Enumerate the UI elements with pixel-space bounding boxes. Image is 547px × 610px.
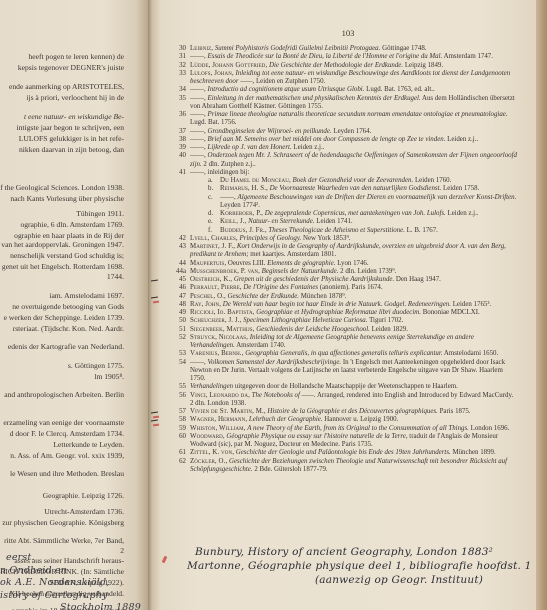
entry-title: Summi Polyhistoris Godefridi Guilelmi Le… (215, 45, 381, 52)
left-page-line: heeft pogen te leren kennen) de (28, 52, 124, 62)
left-handwriting-line: istory of Cartography (0, 590, 141, 603)
left-page-line: erzameling van eenige der voornaamste (3, 418, 124, 428)
entry-publication: Leiden 1760. (415, 177, 451, 184)
bibliography-entry: 42Lyell, Charles, Principles of Geology.… (173, 235, 518, 243)
right-page: 103 30Leibniz, Summi Polyhistoris Godefr… (160, 0, 536, 610)
left-page-line: ritte Abt. Sämmtliche Werke, 7er Band, (4, 536, 124, 546)
bibliography-subentry: c.——, Algemeene Beschouwingen van de Dri… (190, 194, 518, 211)
entry-title: Geschichte der Geologie und Paläontologi… (236, 449, 451, 456)
bibliography-entry: 56Vinci, Leonardo da, The Notebooks of —… (173, 392, 518, 409)
entry-title: Geschichte der Erdkunde. (228, 293, 300, 300)
entry-author: Struyck, Nicolaas, (190, 334, 248, 341)
entry-title: Grepen uit de geschiedenis der Physische… (234, 276, 394, 283)
entry-title: Géographie Physique ou essay sur l'histo… (226, 433, 407, 440)
entry-title: Geographia Generalis, in qua affectiones… (245, 350, 442, 357)
entry-author: Wagner, Hermann, (190, 416, 247, 423)
entry-publication: Den Haag 1947. (396, 276, 441, 283)
entry-number: 37 (171, 128, 189, 136)
bibliography-entry: 43Martinet, J. F., Kort Onderwijs in de … (173, 243, 518, 260)
entry-publication: inleidingen bij: (208, 169, 250, 176)
subentry-letter: d. (208, 210, 213, 218)
left-page-line: LULOFS gelukkiger is in het refe- (19, 134, 124, 144)
entry-publication: Oeuvres LIII. (228, 260, 266, 267)
bibliography-entry: 58Wagner, Hermann, Lehrbuch der Geograph… (173, 416, 518, 424)
pencil-margin-mark (151, 296, 158, 298)
entry-author: Martinet, J. F., (190, 243, 235, 250)
entry-number: 51 (171, 326, 189, 334)
bibliography-entry: 44Maupertuis, Oeuvres LIII. Elements de … (173, 260, 518, 268)
entry-title: Brief aan M. Semeins over het middel om … (208, 136, 446, 143)
left-page-fragment: heeft pogen te leren kennen) dekepsis te… (0, 0, 148, 610)
entry-number: 59 (171, 425, 189, 433)
left-page-line: ijs à priori, verloochent hij in de (26, 93, 124, 103)
entry-number: 60 (171, 433, 189, 441)
entry-number: 31 (171, 53, 189, 61)
bibliography-subentry: b.Reimarus, H. S., De Voornaamste Waarhe… (190, 185, 518, 193)
entry-publication: 2 dln. Leiden 1739⁹. (340, 268, 396, 275)
entry-title: Volkomen Samenstel der Aardrijksbeschrij… (208, 359, 342, 366)
book-gutter (148, 0, 160, 610)
bibliography-entry: 46Perrault, Pierre, De l'Origine des Fon… (173, 284, 518, 292)
entry-author: ——, (190, 359, 206, 366)
left-page-line: kepsis tegenover DEGNER's juiste (18, 63, 124, 73)
left-page-line: ende aanmerking op ARISTOTELES, (9, 82, 124, 92)
left-handwriting-line: Stockholm 1889 (60, 602, 141, 610)
entry-title: Verhandelingen (190, 383, 233, 390)
entry-number: 40 (171, 152, 189, 160)
entry-number: 43 (171, 243, 189, 251)
entry-number: 44a (171, 268, 189, 276)
left-page-line: zur physischen Geographie. Königsberg (2, 518, 124, 528)
bibliography-entry: 31——, Essais de Theodicée sur la Bonté d… (173, 53, 518, 61)
left-page-line: nenschelijk verstand God schuldig is; (10, 251, 124, 261)
bibliography-entry: 39——, Lijkrede op J. van den Honert. Lei… (173, 144, 518, 152)
entry-author: Oestreich, K., (190, 276, 232, 283)
bibliography-entry: 54——, Volkomen Samenstel der Aardrijksbe… (173, 359, 518, 384)
bibliography-entry: 36——, Primae lineae theologiae naturalis… (173, 111, 518, 128)
bibliography-list: 30Leibniz, Summi Polyhistoris Godefridi … (173, 45, 518, 474)
entry-number: 32 (171, 62, 189, 70)
entry-number: 38 (171, 136, 189, 144)
entry-author: Reimarus, H. S., (220, 185, 268, 192)
entry-author: Scheuchzer, J. J., (190, 317, 241, 324)
entry-publication: Lyon 1746. (337, 260, 368, 267)
entry-author: Varenius, Bernh., (190, 350, 243, 357)
bibliography-entry: 62Zöckler, O., Geschichte der Beziehunge… (173, 458, 518, 475)
bibliography-entry: 50Scheuchzer, J. J., Specimen Lithograph… (173, 317, 518, 325)
entry-publication: Leiden 1765³. (453, 301, 491, 308)
bibliography-entry: 44aMusschenbroek, P. van, Beginsels der … (173, 268, 518, 276)
entry-number: 42 (171, 235, 189, 243)
entry-title: Introductio ad cognitionem atque usum Ut… (208, 86, 365, 93)
entry-title: Lijkrede op J. van den Honert. (208, 144, 292, 151)
entry-author: Riccioli, Io. Baptista, (190, 309, 255, 316)
left-page-line: edenis der Kartografie van Nederland. (8, 342, 124, 352)
entry-number: 56 (171, 392, 189, 400)
entry-publication: München 1899. (452, 449, 495, 456)
left-page-line: 1744. (107, 272, 124, 282)
left-page-line: n. Ass. of Am. Geogr. vol. xxix 1939, (10, 451, 124, 461)
entry-author: ——, (220, 194, 236, 201)
entry-author: Musschenbroek, P. van, (190, 268, 260, 275)
left-page-line: nach Kants Vorlesung über physische (10, 194, 124, 204)
entry-author: Keill, J., (220, 218, 246, 225)
entry-publication: Tiguri 1702. (369, 317, 403, 324)
bibliography-entry: 55Verhandelingen uitgegeven door de Holl… (173, 383, 518, 391)
entry-title: De Wereld van haar begin tot haar Einde … (223, 301, 451, 308)
page-edge (536, 0, 547, 610)
left-page-line: iam. Amstelodami 1697. (49, 291, 124, 301)
entry-publication: Lugd. Bat. 1763, ed. alt.. (366, 86, 435, 93)
entry-title: De Voornaamste Waarheden van den natuurl… (270, 185, 442, 192)
red-margin-mark (153, 300, 159, 303)
entry-publication: met kaartjes. Amsterdam 1801. (250, 251, 336, 258)
left-handwriting-line: n Ondheid en (0, 565, 141, 578)
entry-author: Korreboer, P., (220, 210, 263, 217)
entry-title: Boek der Gezondheid voor de Zeevarenden. (293, 177, 414, 184)
entry-title: Geographiae et Hydrographiae Reformatae … (256, 309, 421, 316)
bibliography-entry: 53Varenius, Bernh., Geographia Generalis… (173, 350, 518, 358)
entry-publication: Leiden 1829. (372, 326, 408, 333)
entry-publication: Leiden z.j.. (448, 210, 479, 217)
bibliography-entry: 52Struyck, Nicolaas, Inleiding tot de Al… (173, 334, 518, 351)
entry-title: Beginsels der Natuurkunde. (262, 268, 339, 275)
entry-author: ——, (190, 152, 206, 159)
entry-number: 53 (171, 350, 189, 358)
bibliography-entry: 59Whiston, William, A new Theory of the … (173, 425, 518, 433)
left-page-line: nikken daarvan in zijn betoog, dan (19, 145, 124, 155)
bibliography-entry: 32Lüdde, Johann Gottfried, Die Geschicht… (173, 62, 518, 70)
left-page-handwritten-note: eerst.n Ondheid enok A.E. Nordenskiöld,i… (0, 552, 141, 610)
entry-publication: Göttingae 1748. (382, 45, 426, 52)
bibliography-entry: 48Ray, John, De Wereld van haar begin to… (173, 301, 518, 309)
entry-author: Woodward, (190, 433, 225, 440)
entry-author: Leibniz, (190, 45, 213, 52)
bibliography-subentry: f.Buddeus, J. Fr., Theses Theologicae de… (190, 227, 518, 235)
entry-author: ——, (190, 86, 206, 93)
entry-author: Buddeus, J. Fr., (220, 227, 267, 234)
bibliography-entry: 41——, inleidingen bij:a.Du Hamel du Monc… (173, 169, 518, 235)
left-page-line: le Wesen und ihre Methoden. Breslau (10, 469, 124, 479)
entry-author: Maupertuis, (190, 260, 226, 267)
entry-number: 30 (171, 45, 189, 53)
entry-title: De l'Origine des Fontaines (243, 284, 318, 291)
left-page-line: lm 1905⁸. (94, 372, 124, 382)
subentry-letter: c. (208, 194, 213, 202)
entry-title: Inleiding tot eene natuur- en wiskundige… (190, 70, 510, 85)
entry-title: Primae lineae theologiae naturalis theor… (208, 111, 508, 118)
entry-number: 50 (171, 317, 189, 325)
left-page-line: e werken der Scheppinge. Leiden 1739. (4, 313, 124, 323)
entry-author: ——, (190, 53, 206, 60)
entry-publication: Paris 1875. (440, 408, 471, 415)
entry-author: Ray, John, (190, 301, 221, 308)
bibliography-subentry: a.Du Hamel du Monceau, Boek der Gezondhe… (190, 177, 518, 185)
left-page-line: t eene natuur- en wiskundige Be- (24, 112, 124, 122)
entry-publication: Leiden en Zutphen 1750. (256, 78, 325, 85)
bibliography-entry: 47Peschel, O., Geschichte der Erdkunde. … (173, 293, 518, 301)
entry-author: Lulofs, Johan, (190, 70, 234, 77)
bibliography-entry: 34——, Introductio ad cognitionem atque u… (173, 86, 518, 94)
entry-title: Geschiedenis der Leidsche Hoogeschool. (256, 326, 370, 333)
entry-publication: Amsterdam 1740. (236, 342, 285, 349)
entry-title: Theses Theologicae de Atheismo et Supers… (268, 227, 405, 234)
entry-number: 52 (171, 334, 189, 342)
left-page-line: Letterkunde te Leyden. (53, 440, 124, 450)
entry-publication: L. B. 1767. (407, 227, 438, 234)
entry-publication: 2 Bde. Gütersloh 1877-79. (254, 466, 327, 473)
bibliography-entry: 45Oestreich, K., Grepen uit de geschiede… (173, 276, 518, 284)
entry-author: ——, (190, 111, 206, 118)
entry-title: Einleitung in der mathematischen und phy… (208, 95, 421, 102)
entry-publication: New York 1853⁹. (303, 235, 351, 242)
bibliography-entry: 37——, Grondbeginselen der Wijnroei- en p… (173, 128, 518, 136)
left-page-line: d door F. le Clercq. Amsterdam 1734. (10, 429, 124, 439)
entry-title: Specimen Lithographiae Helveticae Curios… (243, 317, 367, 324)
entry-number: 62 (171, 458, 189, 466)
entry-number: 55 (171, 383, 189, 391)
subentry-letter: e. (208, 218, 213, 226)
left-page-line: ographie, 6 dln. Amsterdam 1769. (20, 220, 124, 230)
bibliography-entry: 30Leibniz, Summi Polyhistoris Godefridi … (173, 45, 518, 53)
bibliography-entry: 49Riccioli, Io. Baptista, Geographiae et… (173, 309, 518, 317)
entry-number: 49 (171, 309, 189, 317)
left-page-line: Geographie. Leipzig 1726. (43, 491, 124, 501)
entry-title: Natuur- en Sterrekunde. (248, 218, 314, 225)
entry-number: 57 (171, 408, 189, 416)
entry-number: 58 (171, 416, 189, 424)
entry-number: 33 (171, 70, 189, 78)
bibliography-entry: 51Siegenbeek, Matthijs, Geschiedenis der… (173, 326, 518, 334)
bibliography-entry: 60Woodward, Géographie Physique ou essay… (173, 433, 518, 450)
subentry-letter: f. (208, 227, 212, 235)
bibliography-entry: 61Zittel, K. von, Geschichte der Geologi… (173, 449, 518, 457)
handwritten-note-line-1: Bunbury, History of ancient Geography, L… (195, 545, 532, 559)
entry-publication: Bononiae MDCLXI. (423, 309, 480, 316)
entry-title: A new Theory of the Earth, from its Orig… (247, 425, 469, 432)
left-page-line: genet uit het Engelsch. Rotterdam 1698. (2, 262, 124, 272)
bibliography-entry: 40——, Onderzoek tegen Mr. J. Schraseert … (173, 152, 518, 169)
entry-author: Vinci, Leonardo da, (190, 392, 250, 399)
entry-number: 41 (171, 169, 189, 177)
entry-author: Peschel, O., (190, 293, 226, 300)
entry-number: 45 (171, 276, 189, 284)
entry-author: Perrault, Pierre, (190, 284, 242, 291)
left-page-line: and anthropologischen Arbeiten. Berlin (4, 390, 124, 400)
entry-author: ——, (190, 95, 206, 102)
left-handwriting-line: eerst. (6, 552, 141, 565)
left-page-line: s. Göttingen 1775. (68, 361, 124, 371)
bibliography-subentry: d.Korreboer, P., De zegepralende Coperni… (190, 210, 518, 218)
entry-author: ——, (190, 136, 206, 143)
entry-publication: Leyden 1764. (333, 128, 371, 135)
left-page-line: van het aardoppervlak. Groningen 1947. (1, 240, 124, 250)
entry-number: 47 (171, 293, 189, 301)
entry-title: Lehrbuch der Geographie. (249, 416, 323, 423)
entry-title: Die Geschichte der Methodologie der Erdk… (269, 62, 403, 69)
entry-publication: Leipzig 1849. (405, 62, 443, 69)
entry-publication: Hannover u. Leipzig 1900. (324, 416, 398, 423)
entry-number: 39 (171, 144, 189, 152)
entry-title: Principles of Geology. (239, 235, 301, 242)
bibliography-entry: 33Lulofs, Johan, Inleiding tot eene natu… (173, 70, 518, 87)
entry-title: De zegepralende Copernicus, met aanteken… (265, 210, 446, 217)
entry-author: Siegenbeek, Matthijs, (190, 326, 254, 333)
entry-publication: London 1696. (471, 425, 510, 432)
entry-author: Lyell, Charles, (190, 235, 238, 242)
subentry-letter: b. (208, 185, 213, 193)
entry-author: Vivien de St. Martin, M., (190, 408, 266, 415)
entry-title: Elements de géographie. (267, 260, 335, 267)
entry-author: ——, (190, 144, 206, 151)
entry-author: Du Hamel du Monceau, (220, 177, 291, 184)
entry-publication: München 1878⁹. (301, 293, 347, 300)
entry-publication: uitgegeven door de Hollandsche Maatschap… (235, 383, 458, 390)
left-handwriting-line: ok A.E. Nordenskiöld, (0, 577, 141, 590)
entry-author: ——, (190, 128, 206, 135)
left-page-line: ne overtuigende betooging van Gods (12, 302, 124, 312)
left-page-line: Tübingen 1911. (76, 209, 124, 219)
entry-publication: 2 dln. Zutphen z.j.. (203, 161, 255, 168)
entry-title: Histoire de la Géographie et des Découve… (267, 408, 437, 415)
entry-title: The Notebooks of ——. (252, 392, 316, 399)
entry-author: Whiston, William, (190, 425, 246, 432)
left-page-line: f the Geological Sciences. London 1938. (0, 183, 124, 193)
entry-publication: Leiden 1741. (316, 218, 352, 225)
bibliography-entry: 57Vivien de St. Martin, M., Histoire de … (173, 408, 518, 416)
entry-publication: Leyden 1774². (220, 202, 260, 209)
entry-title: Geschichte der Beziehungen zwischen Theo… (190, 458, 507, 473)
bibliography-entry: 35——, Einleitung in der mathematischen u… (173, 95, 518, 112)
handwritten-note-line-2: Martonne, Géographie physique deel 1, bi… (187, 559, 532, 573)
entry-number: 46 (171, 284, 189, 292)
entry-number: 35 (171, 95, 189, 103)
entry-publication: Leiden 1758. (443, 185, 479, 192)
entry-number: 44 (171, 260, 189, 268)
page-number: 103 (160, 28, 536, 38)
entry-publication: Amstelodami 1650. (444, 350, 498, 357)
entry-title: Algemeene Beschouwingen van de Driften d… (238, 194, 517, 201)
entry-publication: (anoniem). Paris 1674. (320, 284, 383, 291)
bibliography-subentry: e.Keill, J., Natuur- en Sterrekunde. Lei… (190, 218, 518, 226)
entry-title: Grondbeginselen der Wijnroei- en peilkun… (208, 128, 332, 135)
entry-publication: Leiden z.j.. (447, 136, 478, 143)
entry-publication: Lugd. Bat. 1756. (190, 119, 237, 126)
entry-title: Kort Onderwijs in de Geography of Aardri… (190, 243, 506, 258)
entry-number: 48 (171, 301, 189, 309)
handwritten-notes: Bunbury, History of ancient Geography, L… (195, 545, 532, 587)
bibliography-entry: 38——, Brief aan M. Semeins over het midd… (173, 136, 518, 144)
entry-title: Essais de Theodicée sur la Bonté de Dieu… (208, 53, 443, 60)
entry-number: 34 (171, 86, 189, 94)
subentry-letter: a. (208, 177, 213, 185)
entry-number: 36 (171, 111, 189, 119)
entry-number: 61 (171, 449, 189, 457)
left-page-line: rsteriaat. (Tijdschr. Kon. Ned. Aardr. (13, 324, 124, 334)
entry-author: Lüdde, Johann Gottfried, (190, 62, 267, 69)
entry-number: 54 (171, 359, 189, 367)
entry-author: ——, (190, 169, 206, 176)
entry-author: Zittel, K. von, (190, 449, 234, 456)
entry-publication: Leiden z.j.. (293, 144, 324, 151)
handwritten-note-line-3: (aanwezig op Geogr. Instituut) (315, 573, 532, 587)
entry-author: Zöckler, O., (190, 458, 227, 465)
left-page-line: intigste jaar begon te schrijven, een (16, 123, 124, 133)
left-page-line: Utrecht-Amsterdam 1736. (44, 507, 124, 517)
book-spread: heeft pogen te leren kennen) dekepsis te… (0, 0, 547, 610)
entry-publication: Amsterdam 1747. (444, 53, 493, 60)
